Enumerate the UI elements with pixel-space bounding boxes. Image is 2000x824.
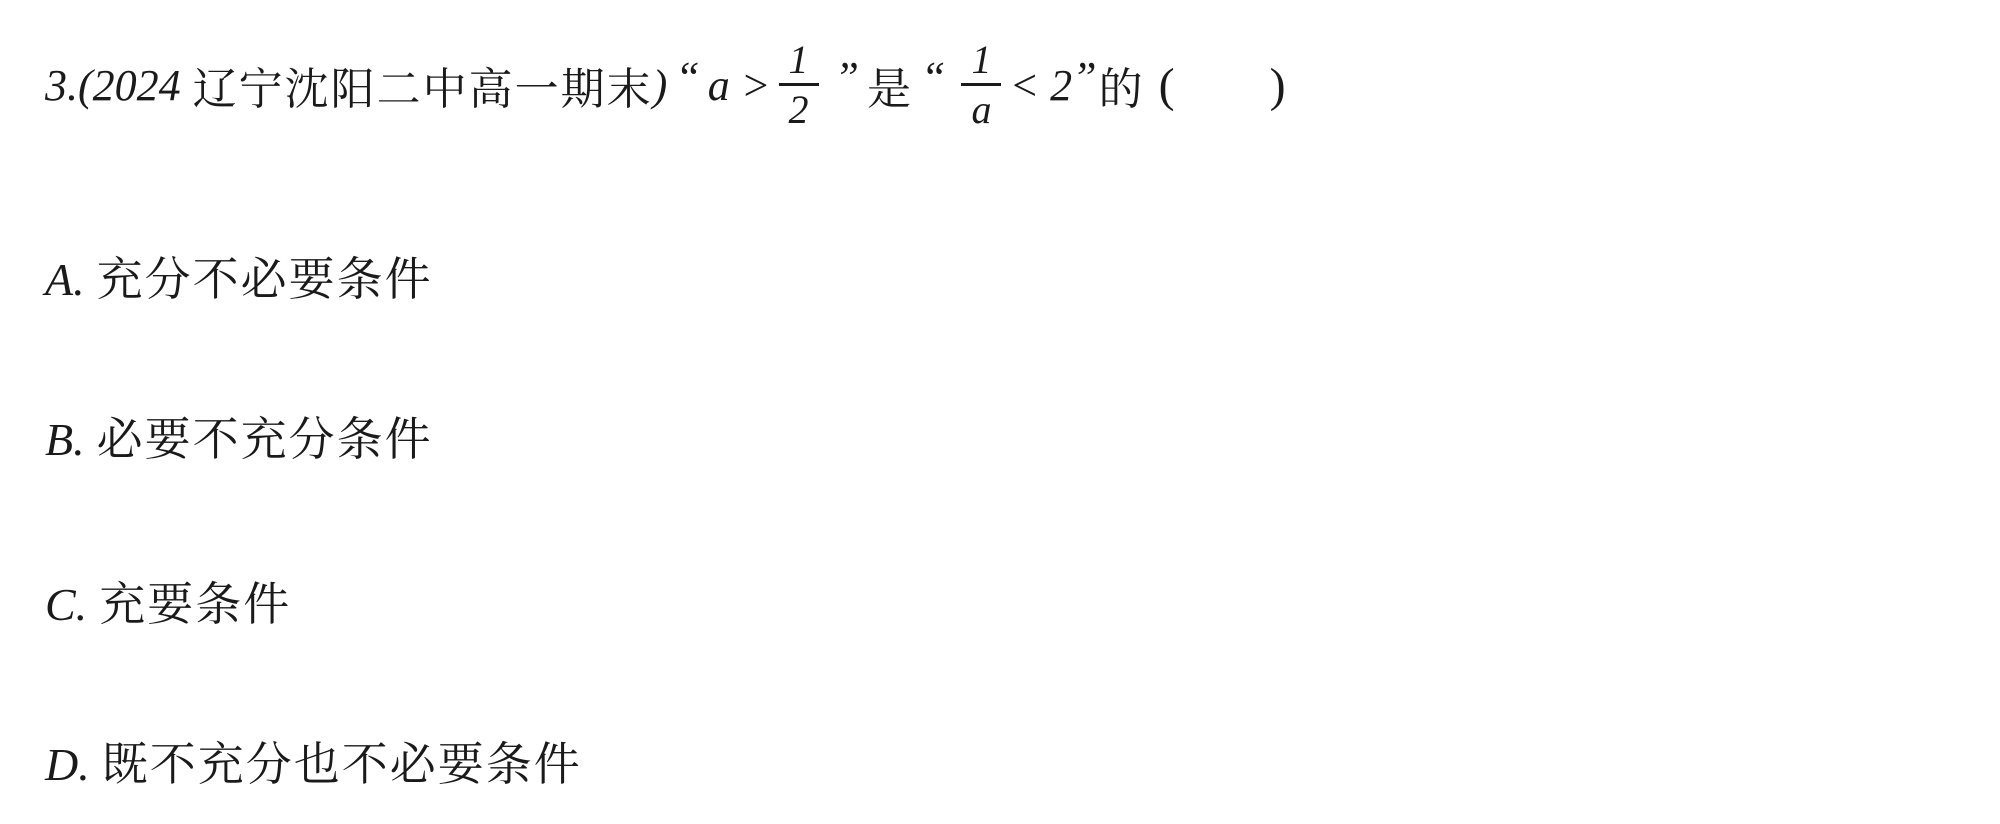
open-quote-1: “ — [675, 52, 699, 103]
question-number: 3. — [45, 60, 78, 111]
option-b-text: 必要不充分条件 — [97, 403, 433, 469]
close-quote-1: ” — [835, 52, 859, 103]
de-word: 的 — [1099, 53, 1145, 117]
option-d-text: 既不充分也不必要条件 — [102, 728, 582, 794]
option-c-text: 充要条件 — [99, 568, 291, 634]
option-a-label: A. — [45, 253, 85, 306]
fraction-denominator: a — [961, 83, 1001, 133]
question-source-open: (2024 — [78, 60, 181, 111]
condition1-expression: a > — [708, 60, 771, 111]
exam-question-page: 3. (2024 辽宁沈阳二中高一期末 ) “ a > 1 2 ” 是 “ 1 … — [0, 0, 2000, 824]
fraction-numerator: 1 — [779, 38, 819, 83]
fraction-denominator: 2 — [779, 83, 819, 133]
option-a-text: 充分不必要条件 — [97, 243, 433, 309]
question-source-close: ) — [653, 60, 668, 111]
close-quote-2: ” — [1072, 52, 1096, 103]
option-b-label: B. — [45, 413, 85, 466]
option-c: C. 充要条件 — [45, 568, 291, 634]
condition2-expression: < 2 — [1009, 60, 1072, 111]
option-c-label: C. — [45, 578, 87, 631]
fraction-one-half: 1 2 — [779, 38, 819, 133]
fraction-one-over-a: 1 a — [961, 38, 1001, 133]
open-quote-2: “ — [921, 52, 945, 103]
option-b: B. 必要不充分条件 — [45, 403, 433, 469]
is-word: 是 — [867, 53, 913, 117]
answer-bracket-open: ( — [1159, 58, 1175, 113]
question-source-school: 辽宁沈阳二中高一期末 — [193, 53, 653, 117]
answer-bracket-close: ) — [1270, 58, 1286, 113]
fraction-numerator: 1 — [961, 38, 1001, 83]
option-d: D. 既不充分也不必要条件 — [45, 728, 582, 794]
option-d-label: D. — [45, 738, 90, 791]
question-stem: 3. (2024 辽宁沈阳二中高一期末 ) “ a > 1 2 ” 是 “ 1 … — [45, 22, 1286, 148]
option-a: A. 充分不必要条件 — [45, 243, 433, 309]
